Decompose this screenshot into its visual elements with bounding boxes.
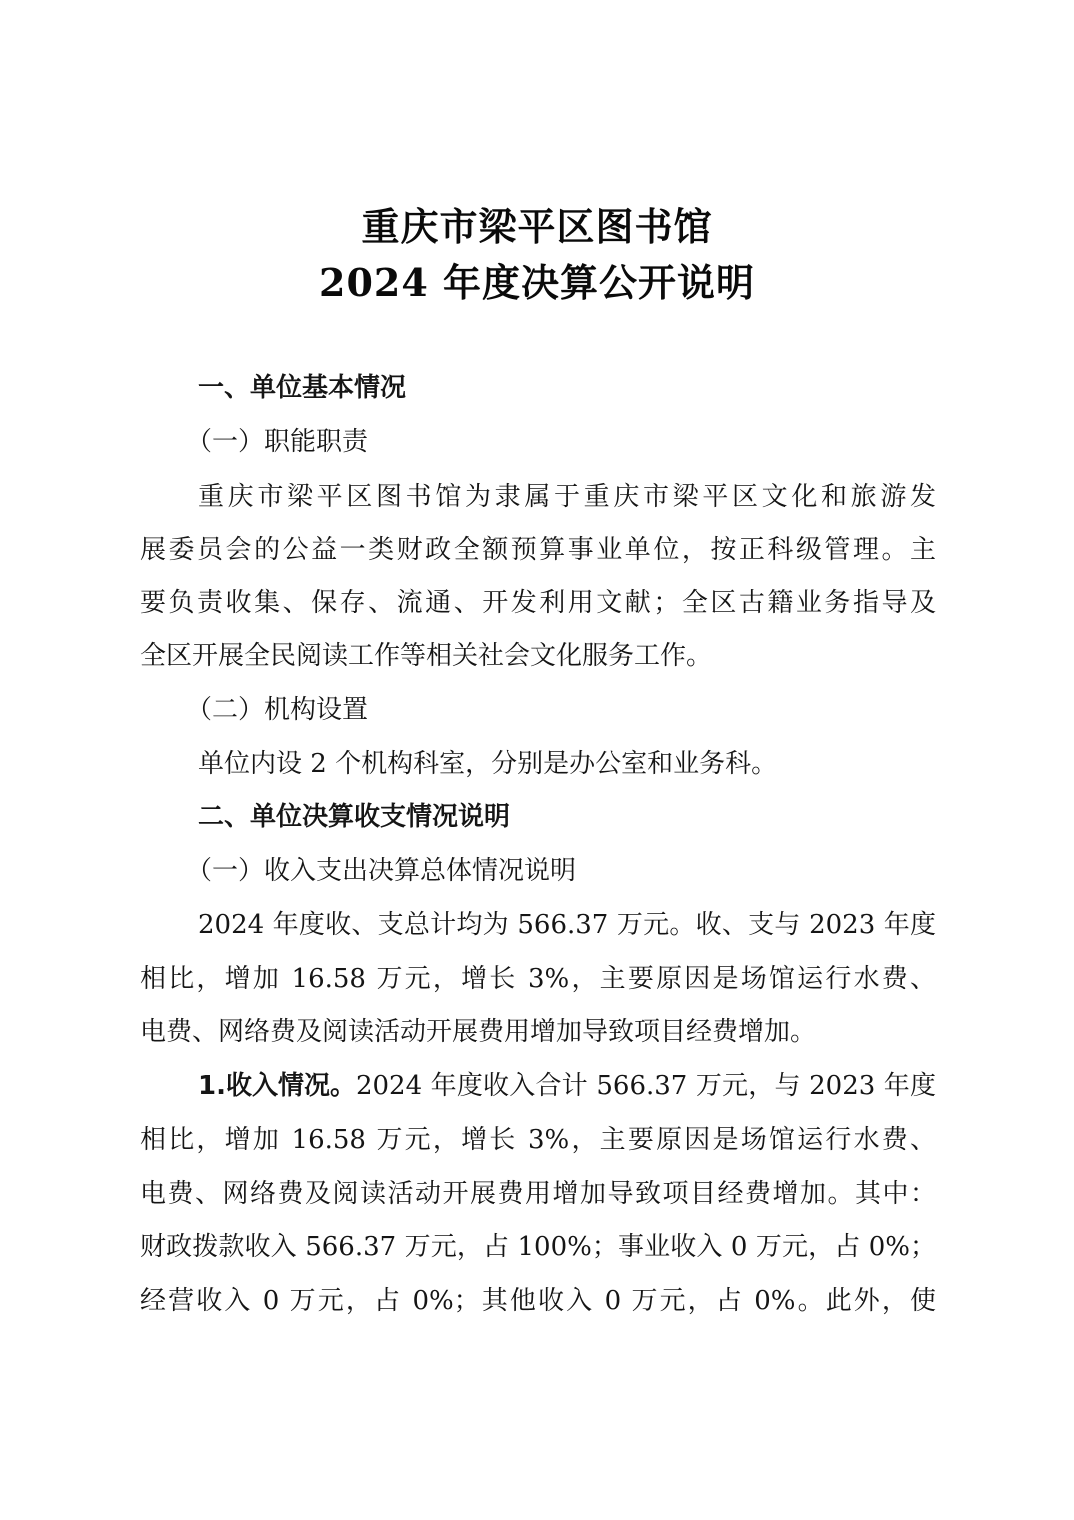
section1-sub2-heading: （二）机构设置 — [186, 689, 368, 726]
paragraph-line: 财政拨款收入 566.37 万元，占 100%；事业收入 0 万元，占 0%； — [140, 1226, 936, 1263]
paragraph-line: 经营收入 0 万元，占 0%；其他收入 0 万元，占 0%。此外，使 — [140, 1280, 936, 1317]
paragraph-line: 2024 年度收、支总计均为 566.37 万元。收、支与 2023 年度 — [198, 904, 936, 941]
income-first-line: 1.收入情况。 2024 年度收入合计 566.37 万元，与 2023 年度 — [198, 1065, 936, 1102]
section1-heading: 一、单位基本情况 — [198, 367, 406, 404]
paragraph-line: 要负责收集、保存、流通、开发利用文献；全区古籍业务指导及 — [140, 582, 936, 619]
paragraph-line: 电费、网络费及阅读活动开展费用增加导致项目经费增加。其中： — [140, 1173, 936, 1210]
section2-sub1-heading: （一）收入支出决算总体情况说明 — [186, 850, 576, 887]
paragraph-line: 电费、网络费及阅读活动开展费用增加导致项目经费增加。 — [140, 1011, 816, 1048]
income-first-line-text: 2024 年度收入合计 566.37 万元，与 2023 年度 — [356, 1065, 936, 1102]
paragraph-line: 重庆市梁平区图书馆为隶属于重庆市梁平区文化和旅游发 — [198, 476, 936, 513]
paragraph-line: 相比，增加 16.58 万元，增长 3%，主要原因是场馆运行水费、 — [140, 958, 936, 995]
document-title-line1: 重庆市梁平区图书馆 — [0, 196, 1074, 251]
paragraph-line: 展委员会的公益一类财政全额预算事业单位，按正科级管理。主 — [140, 529, 936, 566]
document-title-line2: 2024 年度决算公开说明 — [0, 252, 1074, 307]
paragraph-line: 单位内设 2 个机构科室，分别是办公室和业务科。 — [198, 743, 777, 780]
section1-sub1-heading: （一）职能职责 — [186, 421, 368, 458]
income-lead-label: 1.收入情况。 — [198, 1065, 356, 1102]
paragraph-line: 全区开展全民阅读工作等相关社会文化服务工作。 — [140, 635, 712, 672]
paragraph-line: 相比，增加 16.58 万元，增长 3%，主要原因是场馆运行水费、 — [140, 1119, 936, 1156]
section2-heading: 二、单位决算收支情况说明 — [198, 796, 510, 833]
